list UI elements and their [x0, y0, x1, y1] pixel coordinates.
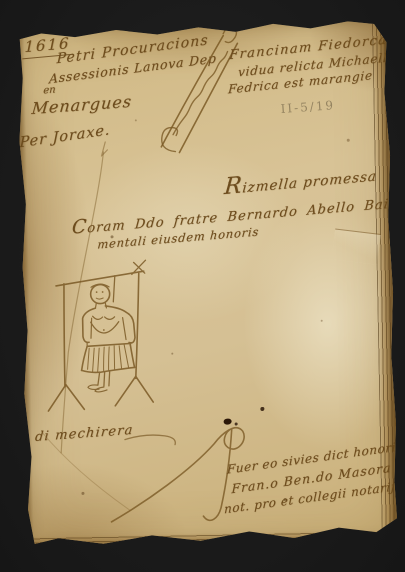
paper-speckles — [15, 26, 17, 28]
photo-background: 1616 Petri Procuracions Assessionis Lano… — [0, 0, 405, 572]
manuscript-page: 1616 Petri Procuracions Assessionis Lano… — [15, 18, 399, 551]
gallows-hanged-figure-drawing — [41, 256, 199, 435]
